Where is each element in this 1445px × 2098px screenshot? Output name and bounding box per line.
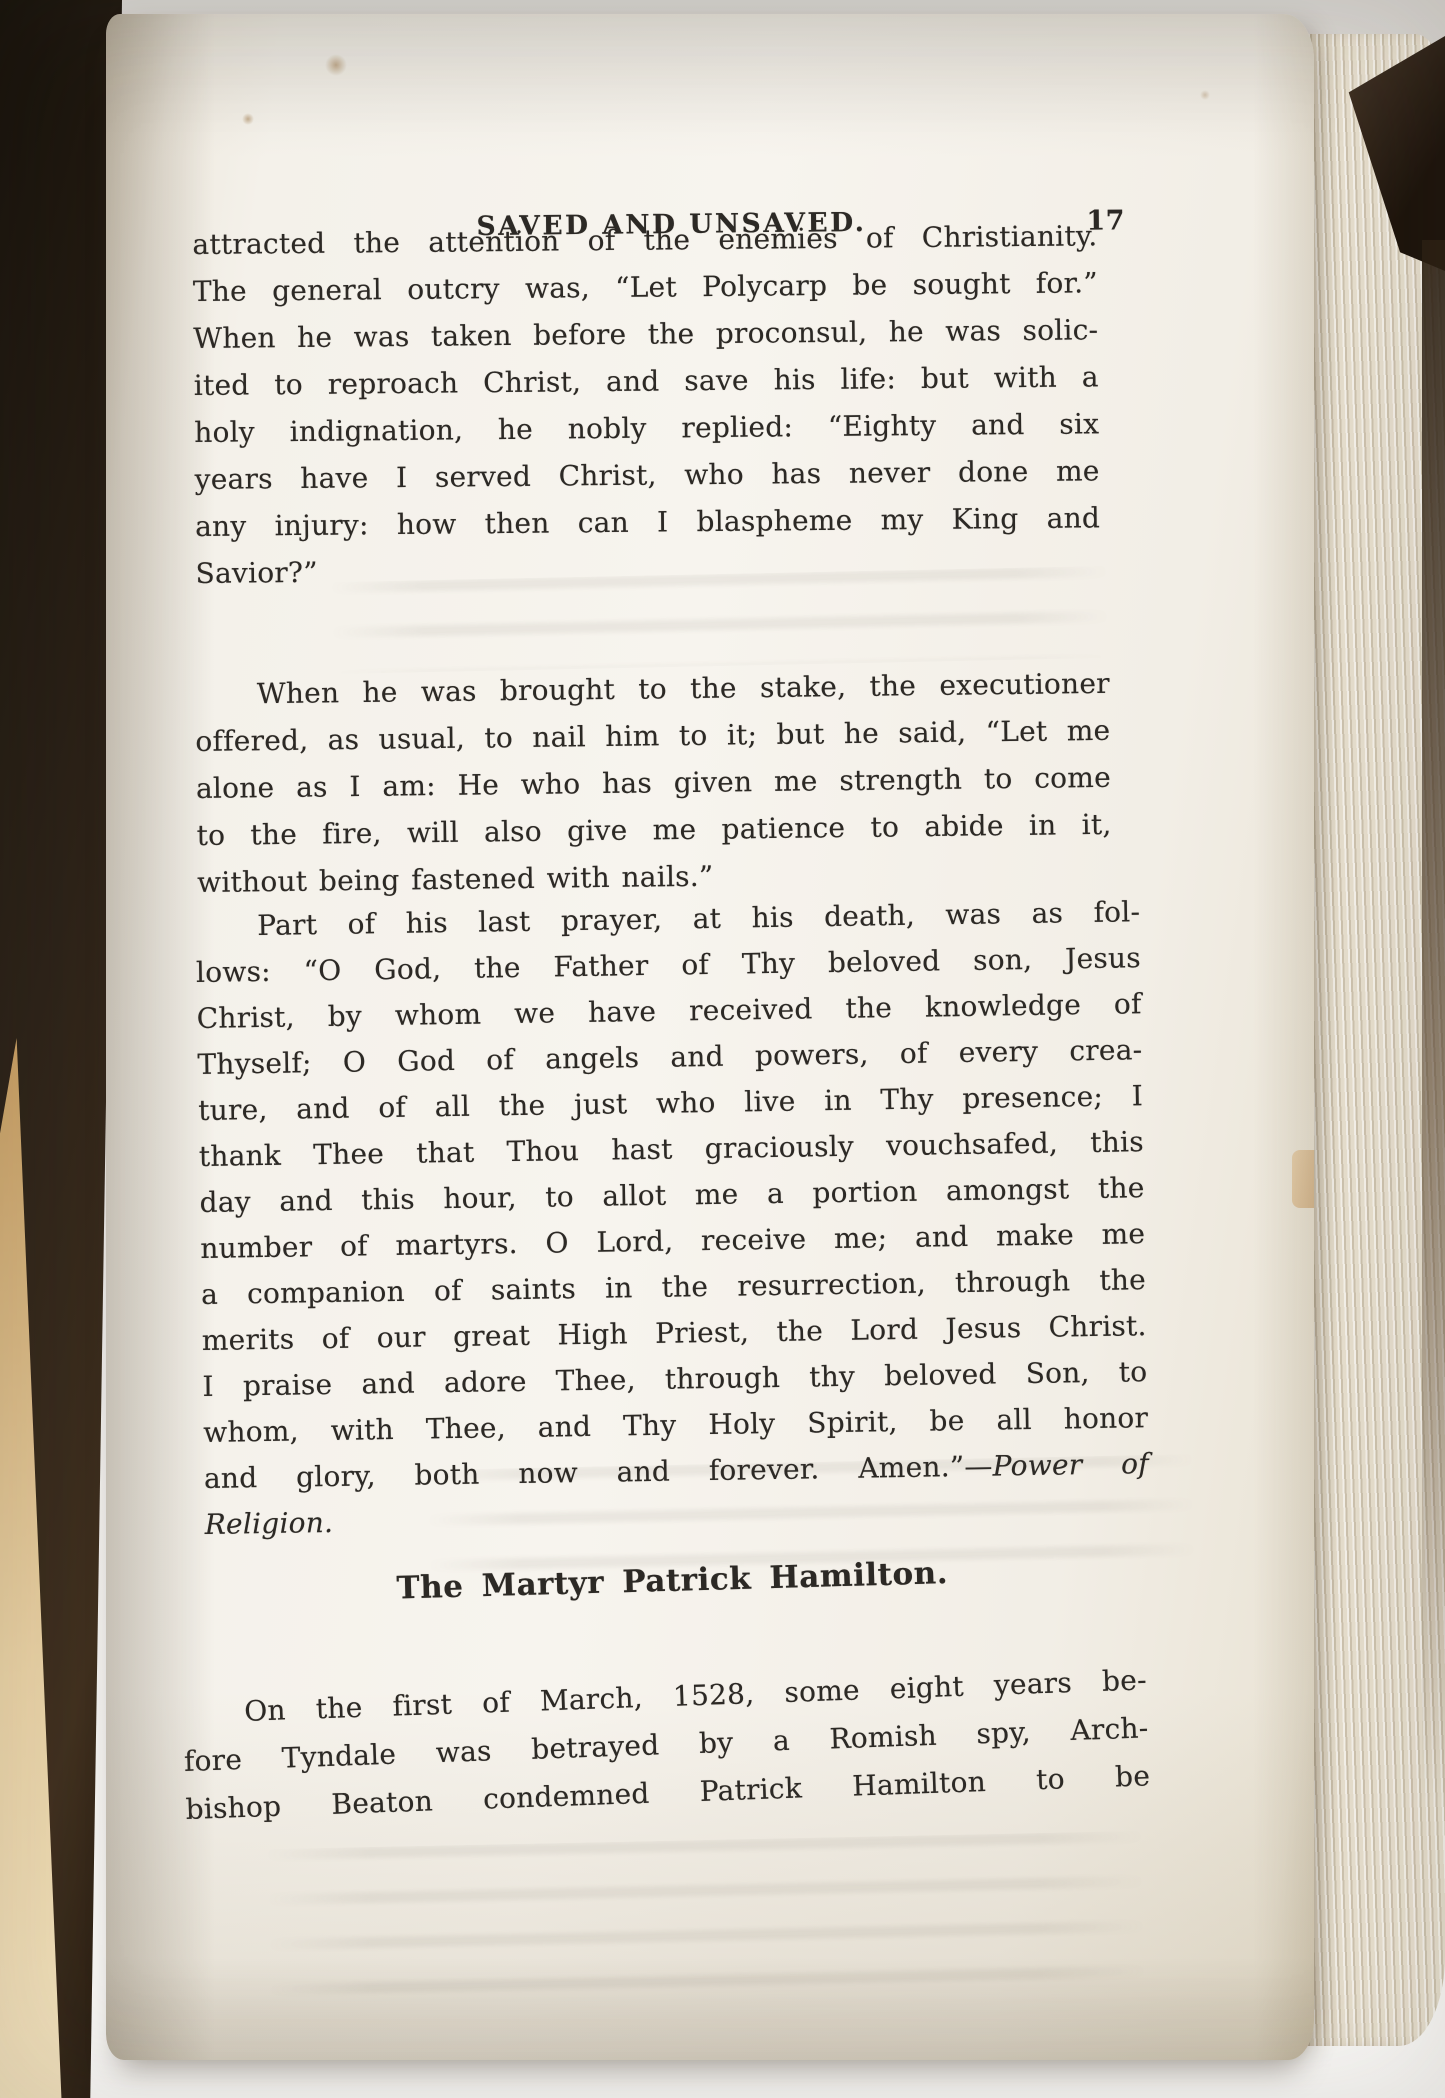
book-photo: SAVED AND UNSAVED. 17 attracted the atte… bbox=[0, 0, 1445, 2098]
page-edge-notch bbox=[1292, 1150, 1314, 1208]
bleedthrough-below-last-paragraph bbox=[265, 1831, 1148, 1999]
foxing-spot-2 bbox=[242, 113, 254, 125]
paragraph-polycarp-stake: When he was brought to the stake, the ex… bbox=[195, 660, 1113, 906]
section-heading: The Martyr Patrick Hamilton. bbox=[199, 1550, 1145, 1612]
paragraph-patrick-hamilton: On the first of March, 1528, some eight … bbox=[181, 1656, 1150, 1834]
foxing-spot-1 bbox=[325, 54, 347, 76]
paragraph-polycarp-summons: attracted the attention of the enemies o… bbox=[192, 212, 1101, 597]
book-cover-right-edge bbox=[1422, 240, 1445, 1800]
foxing-spot-3 bbox=[1200, 90, 1210, 100]
paragraph-polycarp-prayer: Part of his last prayer, at his death, w… bbox=[195, 889, 1150, 1548]
book-page: SAVED AND UNSAVED. 17 attracted the atte… bbox=[106, 14, 1314, 2060]
